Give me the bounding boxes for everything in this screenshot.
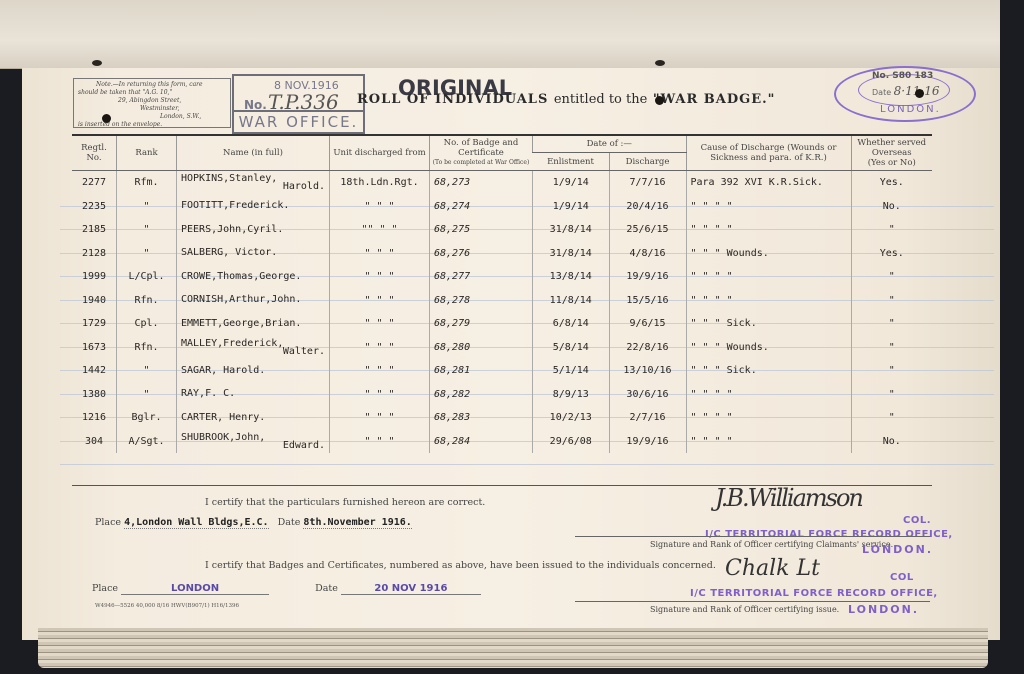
discharge-cause-cell: " " " " bbox=[686, 195, 851, 219]
rank-cell: " bbox=[117, 195, 177, 219]
unit-cell-text: " " " bbox=[364, 248, 394, 259]
header-overseas-label: Whether served Overseas bbox=[857, 138, 926, 158]
header-cause: Cause of Discharge (Wounds or Sickness a… bbox=[686, 136, 851, 171]
rank-cell: Bglr. bbox=[117, 406, 177, 430]
enlistment-date-cell-text: 1/9/14 bbox=[553, 177, 589, 188]
discharge-date-cell: 15/5/16 bbox=[609, 289, 686, 313]
name-cell: CORNISH,Arthur,John. bbox=[177, 289, 330, 313]
unit-cell: " " " bbox=[330, 312, 430, 336]
regtl-no-cell: 1729 bbox=[72, 312, 117, 336]
overseas-cell-text: Yes. bbox=[880, 177, 904, 188]
discharge-cause-cell-text: " " " Wounds. bbox=[691, 248, 769, 259]
badge-number-cell-text: 68,280 bbox=[434, 342, 470, 353]
regtl-no-cell: 2235 bbox=[72, 195, 117, 219]
overseas-cell-text: " bbox=[889, 318, 895, 329]
signature-2: Chalk Lt bbox=[725, 556, 820, 581]
badge-number-cell-text: 68,281 bbox=[434, 365, 470, 376]
overseas-cell: " bbox=[851, 359, 932, 383]
unit-cell-text: " " " bbox=[364, 318, 394, 329]
discharge-cause-cell: " " " " bbox=[686, 383, 851, 407]
date-value: 20 NOV 1916 bbox=[374, 583, 447, 594]
header-overseas: Whether served Overseas(Yes or No) bbox=[851, 136, 932, 171]
discharge-date-cell-text: 2/7/16 bbox=[629, 412, 665, 423]
unit-cell: "" " " bbox=[330, 218, 430, 242]
city-stamp-2: LONDON. bbox=[848, 603, 919, 616]
unit-cell: " " " bbox=[330, 195, 430, 219]
title-middle: entitled to the bbox=[554, 92, 647, 107]
badge-number-cell: 68,280 bbox=[430, 336, 533, 360]
discharge-cause-cell: " " " Sick. bbox=[686, 359, 851, 383]
enlistment-date-cell-text: 10/2/13 bbox=[550, 412, 592, 423]
unit-cell: " " " bbox=[330, 430, 430, 454]
overseas-cell: " bbox=[851, 218, 932, 242]
regtl-no-cell-text: 1999 bbox=[82, 271, 106, 282]
overseas-cell: " bbox=[851, 289, 932, 313]
regtl-no-cell-text: 1940 bbox=[82, 295, 106, 306]
discharge-cause-cell: " " " " bbox=[686, 265, 851, 289]
badge-number-cell-text: 68,277 bbox=[434, 271, 470, 282]
rank-cell: Rfn. bbox=[117, 289, 177, 313]
unit-cell: " " " bbox=[330, 242, 430, 266]
unit-cell-text: " " " bbox=[364, 342, 394, 353]
name-cell: RAY,F. C. bbox=[177, 383, 330, 407]
enlistment-date-cell-text: 1/9/14 bbox=[553, 201, 589, 212]
city-stamp-1: LONDON. bbox=[862, 543, 933, 556]
discharge-date-cell: 19/9/16 bbox=[609, 430, 686, 454]
regtl-no-cell-text: 2185 bbox=[82, 224, 106, 235]
header-rank: Rank bbox=[117, 136, 177, 171]
title-main: ROLL OF INDIVIDUALS bbox=[357, 92, 548, 107]
office-stamp-2: I/C TERRITORIAL FORCE RECORD OFFICE, bbox=[690, 588, 938, 599]
overseas-cell-text: " bbox=[889, 342, 895, 353]
enlistment-date-cell-text: 5/1/14 bbox=[553, 365, 589, 376]
badge-number-cell-text: 68,276 bbox=[434, 248, 470, 259]
certification-statement-2: I certify that Badges and Certificates, … bbox=[205, 560, 716, 571]
badge-number-cell: 68,274 bbox=[430, 195, 533, 219]
enlistment-date-cell: 6/8/14 bbox=[533, 312, 610, 336]
name-cell-text: PEERS,John,Cyril. bbox=[181, 224, 283, 235]
name-cell-text: EMMETT,George,Brian. bbox=[181, 318, 301, 329]
war-badge-roll-table: Regtl. No. Rank Name (in full) Unit disc… bbox=[72, 136, 932, 453]
discharge-date-cell: 30/6/16 bbox=[609, 383, 686, 407]
badge-number-cell: 68,273 bbox=[430, 171, 533, 195]
name-cell: HOPKINS,Stanley,Harold. bbox=[177, 171, 330, 195]
rank-cell-text: " bbox=[143, 248, 149, 259]
overseas-cell-text: " bbox=[889, 389, 895, 400]
discharge-date-cell-text: 13/10/16 bbox=[623, 365, 671, 376]
discharge-date-cell: 4/8/16 bbox=[609, 242, 686, 266]
regtl-no-cell-text: 1442 bbox=[82, 365, 106, 376]
overseas-cell: " bbox=[851, 406, 932, 430]
regtl-no-cell-text: 1380 bbox=[82, 389, 106, 400]
discharge-date-cell: 9/6/15 bbox=[609, 312, 686, 336]
header-regtl-no: Regtl. No. bbox=[72, 136, 117, 171]
name-cell-text: HOPKINS,Stanley, bbox=[181, 173, 277, 184]
table-row: 1380"RAY,F. C." " "68,2828/9/1330/6/16" … bbox=[72, 383, 932, 407]
signature-line-1 bbox=[575, 536, 930, 537]
stamp-no-label: No. bbox=[872, 71, 889, 81]
table-row: 2128"SALBERG, Victor." " "68,27631/8/144… bbox=[72, 242, 932, 266]
certification-1-place-date: Place 4,London Wall Bldgs,E.C. Date 8th.… bbox=[95, 517, 412, 528]
regtl-no-cell: 1380 bbox=[72, 383, 117, 407]
discharge-cause-cell-text: " " " " bbox=[691, 201, 733, 212]
stamp-office: WAR OFFICE. bbox=[234, 110, 363, 132]
enlistment-date-cell-text: 29/6/08 bbox=[550, 436, 592, 447]
badge-number-cell: 68,279 bbox=[430, 312, 533, 336]
punch-hole bbox=[915, 89, 924, 98]
discharge-date-cell-text: 19/9/16 bbox=[626, 436, 668, 447]
unit-cell: 18th.Ldn.Rgt. bbox=[330, 171, 430, 195]
badge-number-cell-text: 68,273 bbox=[434, 177, 470, 188]
header-badge-label: No. of Badge and Certificate bbox=[444, 138, 519, 158]
discharge-date-cell-text: 20/4/16 bbox=[626, 201, 668, 212]
discharge-cause-cell: " " " " bbox=[686, 218, 851, 242]
rank-stamp-2: COL bbox=[890, 572, 914, 583]
discharge-date-cell: 13/10/16 bbox=[609, 359, 686, 383]
rank-cell: Rfm. bbox=[117, 171, 177, 195]
unit-cell-text: " " " bbox=[364, 295, 394, 306]
ledger-page-edges bbox=[38, 628, 988, 668]
enlistment-date-cell: 1/9/14 bbox=[533, 171, 610, 195]
discharge-cause-cell-text: " " " Sick. bbox=[691, 365, 757, 376]
table-row: 2185"PEERS,John,Cyril."" " "68,27531/8/1… bbox=[72, 218, 932, 242]
table-row: 2277Rfm.HOPKINS,Stanley,Harold.18th.Ldn.… bbox=[72, 171, 932, 195]
regtl-no-cell: 1216 bbox=[72, 406, 117, 430]
header-badge-note: (To be completed at War Office) bbox=[432, 158, 530, 168]
discharge-cause-cell-text: " " " Wounds. bbox=[691, 342, 769, 353]
punch-hole bbox=[655, 60, 665, 66]
table-row: 1216Bglr.CARTER, Henry." " "68,28310/2/1… bbox=[72, 406, 932, 430]
discharge-cause-cell: " " " " bbox=[686, 289, 851, 313]
badge-number-cell: 68,275 bbox=[430, 218, 533, 242]
stamp-date: Date 8·11·16 bbox=[872, 84, 939, 98]
discharge-date-cell: 20/4/16 bbox=[609, 195, 686, 219]
discharge-date-cell-text: 9/6/15 bbox=[629, 318, 665, 329]
stamp-city: LONDON. bbox=[880, 104, 941, 115]
unit-cell: " " " bbox=[330, 265, 430, 289]
discharge-date-cell-text: 22/8/16 bbox=[626, 342, 668, 353]
header-discharge: Discharge bbox=[609, 153, 686, 171]
overseas-cell-text: No. bbox=[883, 436, 901, 447]
rank-cell: Rfn. bbox=[117, 336, 177, 360]
regtl-no-cell-text: 304 bbox=[85, 436, 103, 447]
rank-cell: " bbox=[117, 359, 177, 383]
unit-cell-text: " " " bbox=[364, 436, 394, 447]
punch-hole bbox=[102, 114, 111, 123]
discharge-cause-cell-text: " " " " bbox=[691, 295, 733, 306]
name-cell-text: CROWE,Thomas,George. bbox=[181, 271, 301, 282]
discharge-date-cell-text: 7/7/16 bbox=[629, 177, 665, 188]
rank-cell-text: Rfn. bbox=[134, 295, 158, 306]
unit-cell-text: " " " bbox=[364, 201, 394, 212]
unit-cell-text: " " " bbox=[364, 271, 394, 282]
table-row: 1999L/Cpl.CROWE,Thomas,George." " "68,27… bbox=[72, 265, 932, 289]
discharge-cause-cell: " " " " bbox=[686, 430, 851, 454]
discharge-cause-cell-text: " " " " bbox=[691, 436, 733, 447]
rank-cell-text: " bbox=[143, 365, 149, 376]
discharge-cause-cell-text: Para 392 XVI K.R.Sick. bbox=[691, 177, 823, 188]
unit-cell: " " " bbox=[330, 336, 430, 360]
discharge-date-cell-text: 25/6/15 bbox=[626, 224, 668, 235]
unit-cell-text: " " " bbox=[364, 365, 394, 376]
badge-number-cell: 68,277 bbox=[430, 265, 533, 289]
signature-label-1: Signature and Rank of Officer certifying… bbox=[650, 540, 893, 549]
rank-cell: " bbox=[117, 218, 177, 242]
rank-cell-text: " bbox=[143, 201, 149, 212]
enlistment-date-cell-text: 11/8/14 bbox=[550, 295, 592, 306]
enlistment-date-cell: 11/8/14 bbox=[533, 289, 610, 313]
header-badge: No. of Badge and Certificate(To be compl… bbox=[430, 136, 533, 171]
discharge-date-cell-text: 30/6/16 bbox=[626, 389, 668, 400]
discharge-date-cell-text: 15/5/16 bbox=[626, 295, 668, 306]
enlistment-date-cell: 5/1/14 bbox=[533, 359, 610, 383]
overseas-cell: " bbox=[851, 312, 932, 336]
header-overseas-note: (Yes or No) bbox=[868, 158, 916, 168]
discharge-cause-cell-text: " " " " bbox=[691, 389, 733, 400]
badge-number-cell-text: 68,275 bbox=[434, 224, 470, 235]
enlistment-date-cell: 5/8/14 bbox=[533, 336, 610, 360]
overseas-cell-text: " bbox=[889, 271, 895, 282]
rank-cell-text: " bbox=[143, 224, 149, 235]
print-reference: W4946—5526 40,000 8/16 HWV(B907/1) H16/1… bbox=[95, 603, 239, 609]
note-line: Note.—In returning this form, care bbox=[78, 81, 226, 89]
certification-2-place-date: Place LONDON Date 20 NOV 1916 bbox=[92, 583, 481, 595]
overseas-cell-text: " bbox=[889, 295, 895, 306]
date-value: 8th.November 1916. bbox=[303, 517, 411, 529]
regtl-no-cell-text: 1673 bbox=[82, 342, 106, 353]
place-label: Place bbox=[92, 583, 118, 594]
header-name: Name (in full) bbox=[177, 136, 330, 171]
stamp-number: No. S80 183 bbox=[872, 71, 933, 81]
rank-cell-text: Bglr. bbox=[131, 412, 161, 423]
table-row: 1673Rfn.MALLEY,Frederick,Walter." " "68,… bbox=[72, 336, 932, 360]
previous-page-fold bbox=[0, 0, 1000, 69]
name-cell: EMMETT,George,Brian. bbox=[177, 312, 330, 336]
discharge-date-cell: 7/7/16 bbox=[609, 171, 686, 195]
header-date-of: Date of :— bbox=[533, 136, 687, 153]
overseas-cell-text: " bbox=[889, 224, 895, 235]
discharge-cause-cell: " " " Sick. bbox=[686, 312, 851, 336]
name-cell: FOOTITT,Frederick. bbox=[177, 195, 330, 219]
enlistment-date-cell-text: 31/8/14 bbox=[550, 248, 592, 259]
badge-number-cell-text: 68,284 bbox=[434, 436, 470, 447]
overseas-cell: " bbox=[851, 265, 932, 289]
rank-cell-text: L/Cpl. bbox=[128, 271, 164, 282]
name-cell-text: CORNISH,Arthur,John. bbox=[181, 294, 301, 305]
stamp-date-label: Date bbox=[872, 88, 891, 97]
badge-number-cell-text: 68,278 bbox=[434, 295, 470, 306]
table-row: 1729Cpl.EMMETT,George,Brian." " "68,2796… bbox=[72, 312, 932, 336]
badge-number-cell-text: 68,282 bbox=[434, 389, 470, 400]
note-line: Westminster, bbox=[78, 105, 226, 113]
rank-cell-text: " bbox=[143, 389, 149, 400]
discharge-date-cell: 2/7/16 bbox=[609, 406, 686, 430]
name-cell: PEERS,John,Cyril. bbox=[177, 218, 330, 242]
discharge-cause-cell-text: " " " Sick. bbox=[691, 318, 757, 329]
enlistment-date-cell: 8/9/13 bbox=[533, 383, 610, 407]
name-cell: SHUBROOK,John,Edward. bbox=[177, 430, 330, 454]
name-cell-text: RAY,F. C. bbox=[181, 388, 235, 399]
name-cell-text: CARTER, Henry. bbox=[181, 412, 265, 423]
unit-cell-text: 18th.Ldn.Rgt. bbox=[340, 177, 418, 188]
name-cell-text: MALLEY,Frederick, bbox=[181, 338, 283, 349]
regtl-no-cell: 2277 bbox=[72, 171, 117, 195]
regtl-no-cell: 1673 bbox=[72, 336, 117, 360]
rank-cell: " bbox=[117, 383, 177, 407]
rank-cell: Cpl. bbox=[117, 312, 177, 336]
regtl-no-cell-text: 1729 bbox=[82, 318, 106, 329]
title-badge: "WAR BADGE." bbox=[653, 92, 776, 107]
table-row: 2235"FOOTITT,Frederick." " "68,2741/9/14… bbox=[72, 195, 932, 219]
regtl-no-cell-text: 2128 bbox=[82, 248, 106, 259]
unit-cell: " " " bbox=[330, 406, 430, 430]
punch-hole bbox=[92, 60, 102, 66]
regtl-no-cell: 1940 bbox=[72, 289, 117, 313]
overseas-cell: No. bbox=[851, 430, 932, 454]
regtl-no-cell-text: 1216 bbox=[82, 412, 106, 423]
name-cell: SAGAR, Harold. bbox=[177, 359, 330, 383]
discharge-cause-cell-text: " " " " bbox=[691, 271, 733, 282]
unit-cell: " " " bbox=[330, 359, 430, 383]
name-cell: CARTER, Henry. bbox=[177, 406, 330, 430]
date-label: Date bbox=[278, 517, 301, 528]
enlistment-date-cell-text: 13/8/14 bbox=[550, 271, 592, 282]
regtl-no-cell: 1442 bbox=[72, 359, 117, 383]
regtl-no-cell: 304 bbox=[72, 430, 117, 454]
enlistment-date-cell: 1/9/14 bbox=[533, 195, 610, 219]
signature-label-2: Signature and Rank of Officer certifying… bbox=[650, 605, 839, 614]
return-note: Note.—In returning this form, care shoul… bbox=[73, 78, 231, 128]
table-row: 1940Rfn.CORNISH,Arthur,John." " "68,2781… bbox=[72, 289, 932, 313]
badge-number-cell: 68,284 bbox=[430, 430, 533, 454]
overseas-cell: " bbox=[851, 336, 932, 360]
office-stamp-1: I/C TERRITORIAL FORCE RECORD OFFICE, bbox=[705, 529, 953, 540]
war-office-stamp: 8 NOV.1916 No. T.P.336 WAR OFFICE. bbox=[232, 74, 365, 134]
discharge-cause-cell-text: " " " " bbox=[691, 412, 733, 423]
regtl-no-cell: 2128 bbox=[72, 242, 117, 266]
regtl-no-cell: 1999 bbox=[72, 265, 117, 289]
overseas-cell: Yes. bbox=[851, 171, 932, 195]
discharge-cause-cell: " " " Wounds. bbox=[686, 242, 851, 266]
discharge-date-cell: 25/6/15 bbox=[609, 218, 686, 242]
place-value: 4,London Wall Bldgs,E.C. bbox=[124, 517, 269, 529]
name-cell-text: SALBERG, Victor. bbox=[181, 247, 277, 258]
enlistment-date-cell: 10/2/13 bbox=[533, 406, 610, 430]
enlistment-date-cell-text: 31/8/14 bbox=[550, 224, 592, 235]
enlistment-date-cell-text: 5/8/14 bbox=[553, 342, 589, 353]
badge-number-cell-text: 68,274 bbox=[434, 201, 470, 212]
stamp-no-value: S80 183 bbox=[892, 71, 933, 81]
roll-body: 2277Rfm.HOPKINS,Stanley,Harold.18th.Ldn.… bbox=[72, 171, 932, 454]
enlistment-date-cell: 31/8/14 bbox=[533, 218, 610, 242]
discharge-date-cell: 19/9/16 bbox=[609, 265, 686, 289]
rank-cell-text: Rfn. bbox=[134, 342, 158, 353]
record-office-stamp: No. S80 183 Date 8·11·16 LONDON. bbox=[834, 66, 976, 122]
signature-line-2 bbox=[575, 601, 930, 602]
discharge-cause-cell: Para 392 XVI K.R.Sick. bbox=[686, 171, 851, 195]
discharge-date-cell-text: 19/9/16 bbox=[626, 271, 668, 282]
note-line: is inserted on the envelope. bbox=[78, 121, 226, 129]
name-cell: SALBERG, Victor. bbox=[177, 242, 330, 266]
name-cell-text: SAGAR, Harold. bbox=[181, 365, 265, 376]
regtl-no-cell-text: 2235 bbox=[82, 201, 106, 212]
certification-statement-1: I certify that the particulars furnished… bbox=[205, 497, 485, 508]
discharge-cause-cell: " " " Wounds. bbox=[686, 336, 851, 360]
rank-cell-text: A/Sgt. bbox=[128, 436, 164, 447]
badge-number-cell: 68,283 bbox=[430, 406, 533, 430]
enlistment-date-cell: 31/8/14 bbox=[533, 242, 610, 266]
badge-number-cell: 68,276 bbox=[430, 242, 533, 266]
discharge-cause-cell-text: " " " " bbox=[691, 224, 733, 235]
unit-cell: " " " bbox=[330, 289, 430, 313]
name-cell-text: FOOTITT,Frederick. bbox=[181, 200, 289, 211]
overseas-cell-text: " bbox=[889, 365, 895, 376]
overseas-cell-text: No. bbox=[883, 201, 901, 212]
unit-cell-text: " " " bbox=[364, 412, 394, 423]
name-cell: CROWE,Thomas,George. bbox=[177, 265, 330, 289]
badge-number-cell-text: 68,283 bbox=[434, 412, 470, 423]
regtl-no-cell-text: 2277 bbox=[82, 177, 106, 188]
rank-cell: L/Cpl. bbox=[117, 265, 177, 289]
badge-number-cell-text: 68,279 bbox=[434, 318, 470, 329]
unit-cell: " " " bbox=[330, 383, 430, 407]
note-line: 29, Abingdon Street, bbox=[78, 97, 226, 105]
name-cell-text: SHUBROOK,John, bbox=[181, 432, 265, 443]
overseas-cell: " bbox=[851, 383, 932, 407]
overseas-cell-text: " bbox=[889, 412, 895, 423]
unit-cell-text: "" " " bbox=[361, 224, 397, 235]
table-row: 1442"SAGAR, Harold." " "68,2815/1/1413/1… bbox=[72, 359, 932, 383]
badge-number-cell: 68,281 bbox=[430, 359, 533, 383]
header-unit: Unit discharged from bbox=[330, 136, 430, 171]
overseas-cell: No. bbox=[851, 195, 932, 219]
rank-cell: " bbox=[117, 242, 177, 266]
punch-hole bbox=[655, 96, 664, 105]
enlistment-date-cell: 13/8/14 bbox=[533, 265, 610, 289]
note-line: London, S.W., bbox=[78, 113, 226, 121]
rank-cell-text: Rfm. bbox=[134, 177, 158, 188]
place-value: LONDON bbox=[171, 583, 219, 594]
regtl-no-cell: 2185 bbox=[72, 218, 117, 242]
place-label: Place bbox=[95, 517, 121, 528]
badge-number-cell: 68,282 bbox=[430, 383, 533, 407]
unit-cell-text: " " " bbox=[364, 389, 394, 400]
discharge-cause-cell: " " " " bbox=[686, 406, 851, 430]
note-line: should be taken that "A.G. 10," bbox=[78, 89, 226, 97]
overseas-cell-text: Yes. bbox=[880, 248, 904, 259]
date-label: Date bbox=[315, 583, 338, 594]
discharge-date-cell: 22/8/16 bbox=[609, 336, 686, 360]
badge-number-cell: 68,278 bbox=[430, 289, 533, 313]
rank-cell-text: Cpl. bbox=[134, 318, 158, 329]
overseas-cell: Yes. bbox=[851, 242, 932, 266]
rank-cell: A/Sgt. bbox=[117, 430, 177, 454]
table-row: 304A/Sgt.SHUBROOK,John,Edward." " "68,28… bbox=[72, 430, 932, 454]
header-enlistment: Enlistment bbox=[533, 153, 610, 171]
rank-stamp-1: COL. bbox=[903, 515, 931, 526]
discharge-date-cell-text: 4/8/16 bbox=[629, 248, 665, 259]
enlistment-date-cell: 29/6/08 bbox=[533, 430, 610, 454]
name-cell: MALLEY,Frederick,Walter. bbox=[177, 336, 330, 360]
document-title: ROLL OF INDIVIDUALS entitled to the "WAR… bbox=[357, 92, 775, 107]
signature-1: J.B.Williamson bbox=[715, 484, 862, 512]
enlistment-date-cell-text: 8/9/13 bbox=[553, 389, 589, 400]
enlistment-date-cell-text: 6/8/14 bbox=[553, 318, 589, 329]
